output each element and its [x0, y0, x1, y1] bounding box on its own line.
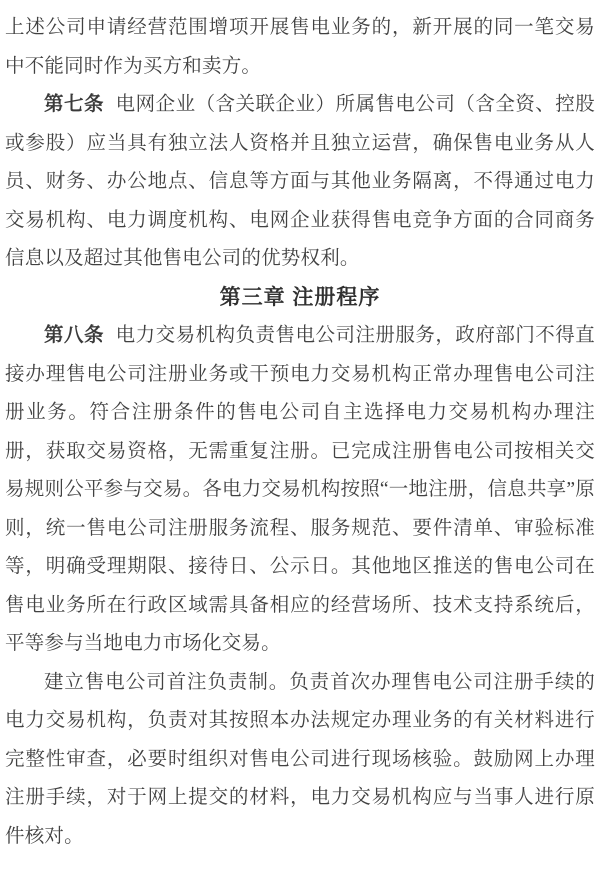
body-paragraph: 建立售电公司首注负责制。负责首次办理售电公司注册手续的电力交易机构，负责对其按照…: [5, 664, 595, 857]
chapter-heading: 第三章 注册程序: [5, 279, 595, 318]
paragraph-text: 上述公司申请经营范围增项开展售电业务的，新开展的同一笔交易中不能同时作为买方和卖…: [5, 17, 595, 77]
document-page: 上述公司申请经营范围增项开展售电业务的，新开展的同一笔交易中不能同时作为买方和卖…: [0, 0, 600, 886]
body-paragraph: 第八条电力交易机构负责售电公司注册服务，政府部门不得直接办理售电公司注册业务或干…: [5, 317, 595, 664]
paragraph-text: 建立售电公司首注负责制。负责首次办理售电公司注册手续的电力交易机构，负责对其按照…: [5, 672, 595, 847]
body-paragraph: 上述公司申请经营范围增项开展售电业务的，新开展的同一笔交易中不能同时作为买方和卖…: [5, 9, 595, 86]
paragraph-text: 电力交易机构负责售电公司注册服务，政府部门不得直接办理售电公司注册业务或干预电力…: [5, 325, 595, 654]
article-number: 第八条: [44, 325, 104, 346]
body-paragraph: 第七条电网企业（含关联企业）所属售电公司（含全资、控股或参股）应当具有独立法人资…: [5, 86, 595, 279]
paragraph-text: 电网企业（含关联企业）所属售电公司（含全资、控股或参股）应当具有独立法人资格并且…: [5, 94, 595, 269]
article-number: 第七条: [44, 94, 104, 115]
